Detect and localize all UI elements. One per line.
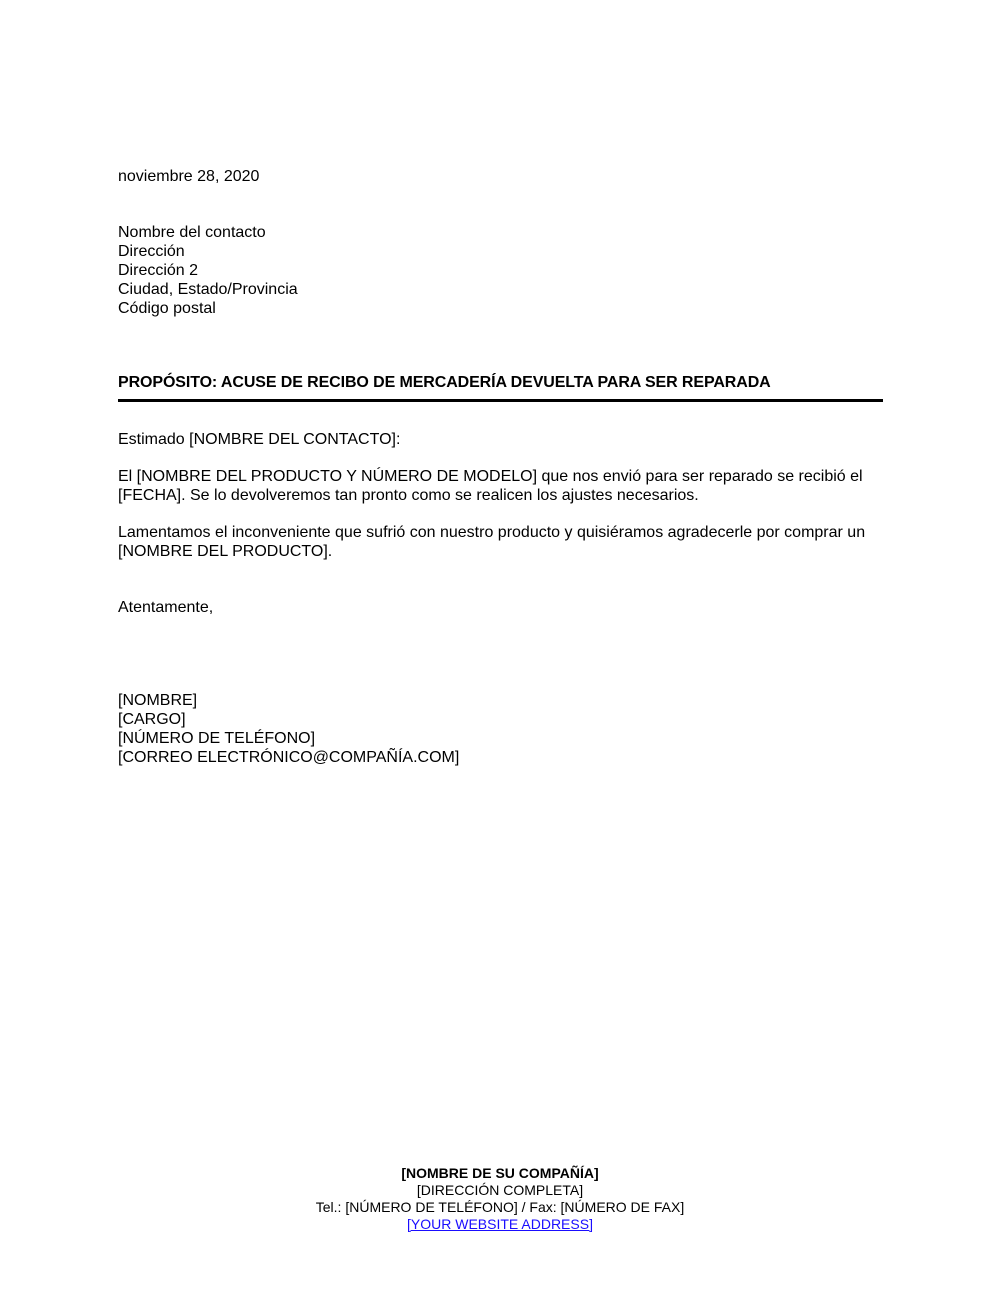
footer-contact: Tel.: [NÚMERO DE TELÉFONO] / Fax: [NÚMER… [0, 1199, 1000, 1216]
footer-website-link[interactable]: [YOUR WEBSITE ADDRESS] [407, 1216, 593, 1232]
heading-divider [118, 399, 883, 402]
paragraph-line: Lamentamos el inconveniente que sufrió c… [118, 523, 884, 542]
footer-address: [DIRECCIÓN COMPLETA] [0, 1182, 1000, 1199]
company-footer: [NOMBRE DE SU COMPAÑÍA] [DIRECCIÓN COMPL… [0, 1165, 1000, 1233]
purpose-text: PROPÓSITO: ACUSE DE RECIBO DE MERCADERÍA… [118, 373, 884, 392]
recipient-address-line-2: Dirección 2 [118, 261, 884, 280]
paragraph-line: [FECHA]. Se lo devolveremos tan pronto c… [118, 486, 884, 505]
recipient-postal-code: Código postal [118, 299, 884, 318]
salutation-text: Estimado [NOMBRE DEL CONTACTO]: [118, 430, 884, 449]
purpose-heading: PROPÓSITO: ACUSE DE RECIBO DE MERCADERÍA… [118, 373, 884, 392]
closing-text: Atentamente, [118, 598, 884, 617]
signature-block: [NOMBRE] [CARGO] [NÚMERO DE TELÉFONO] [C… [118, 691, 884, 767]
signer-title: [CARGO] [118, 710, 884, 729]
recipient-address-line-1: Dirección [118, 242, 884, 261]
recipient-address: Nombre del contacto Dirección Dirección … [118, 223, 884, 318]
salutation: Estimado [NOMBRE DEL CONTACTO]: [118, 430, 884, 449]
recipient-city-state: Ciudad, Estado/Provincia [118, 280, 884, 299]
recipient-name: Nombre del contacto [118, 223, 884, 242]
letter-page: noviembre 28, 2020 Nombre del contacto D… [0, 0, 1000, 1290]
body-paragraph-2: Lamentamos el inconveniente que sufrió c… [118, 523, 884, 561]
closing: Atentamente, [118, 598, 884, 617]
footer-company-name: [NOMBRE DE SU COMPAÑÍA] [0, 1165, 1000, 1182]
letter-date: noviembre 28, 2020 [118, 167, 884, 186]
paragraph-line: El [NOMBRE DEL PRODUCTO Y NÚMERO DE MODE… [118, 467, 884, 486]
signer-email: [CORREO ELECTRÓNICO@COMPAÑÍA.COM] [118, 748, 884, 767]
paragraph-line: [NOMBRE DEL PRODUCTO]. [118, 542, 884, 561]
date-text: noviembre 28, 2020 [118, 167, 884, 186]
body-paragraph-1: El [NOMBRE DEL PRODUCTO Y NÚMERO DE MODE… [118, 467, 884, 505]
signer-phone: [NÚMERO DE TELÉFONO] [118, 729, 884, 748]
signer-name: [NOMBRE] [118, 691, 884, 710]
